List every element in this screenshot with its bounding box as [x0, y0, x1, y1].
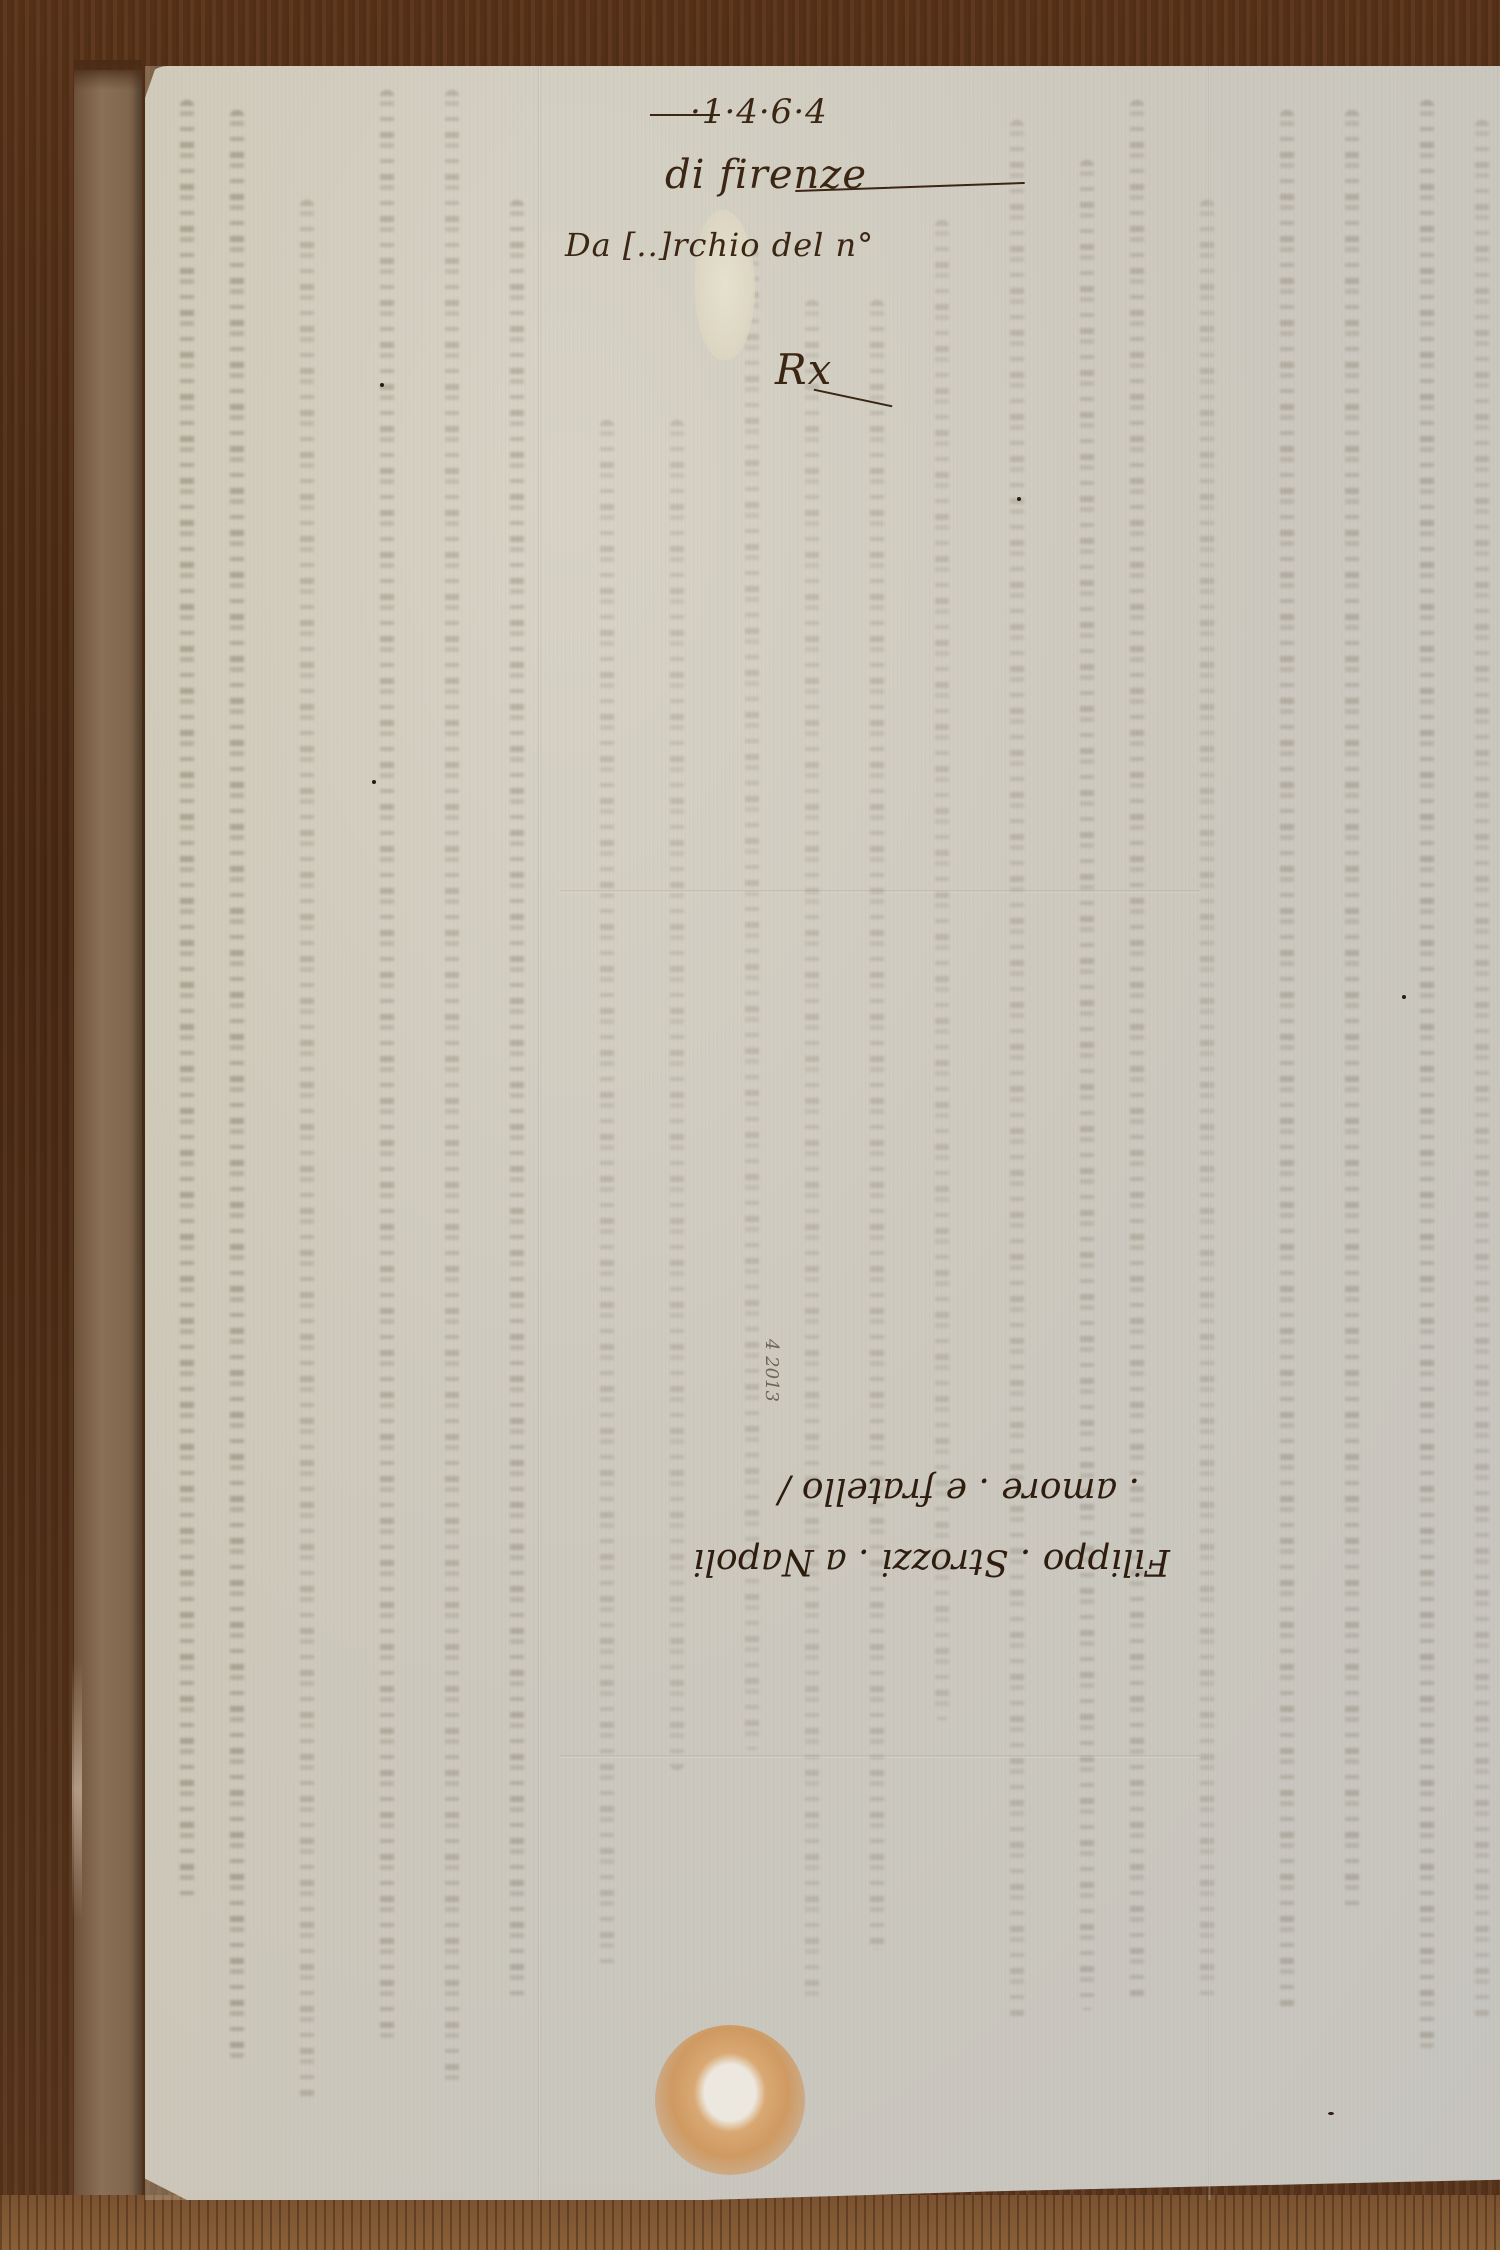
vertical-fold-line: [538, 66, 541, 2200]
address-line-salutation: . amore . e fratello /: [600, 1470, 1180, 1511]
docket-sender: Da [..]rchio del n°: [565, 226, 874, 264]
bleed-through-text-column: [600, 420, 614, 1970]
bleed-through-text-column: [1280, 110, 1294, 2010]
frame-glare: [72, 1660, 82, 1920]
ink-speck: [1328, 2112, 1334, 2115]
bleed-through-text-column: [510, 200, 524, 2000]
horizontal-fold-line: [560, 890, 1200, 893]
ink-speck: [1017, 497, 1021, 501]
address-line-recipient: Filippo . Strozzi . a Napoli: [600, 1541, 1180, 1582]
horizontal-fold-line: [560, 1755, 1200, 1758]
wooden-frame-bottom: [0, 2195, 1500, 2250]
docket-place: di firenze: [665, 152, 867, 198]
bleed-through-text-column: [1475, 120, 1489, 2020]
bleed-through-text-column: [1080, 160, 1094, 2010]
frame-mat-strip: [74, 70, 142, 2250]
bleed-through-text-column: [1200, 200, 1214, 2000]
bleed-through-text-column: [1345, 110, 1359, 1910]
bleed-through-text-column: [445, 90, 459, 2090]
docket-date: ·1·4·6·4: [690, 92, 828, 132]
bleed-through-text-column: [870, 300, 884, 1950]
bleed-through-text-column: [180, 100, 194, 1900]
address-block: Filippo . Strozzi . a Napoli . amore . e…: [600, 1470, 1180, 1582]
bleed-through-text-column: [1010, 120, 1024, 2020]
bleed-through-text-column: [300, 200, 314, 2100]
ink-speck: [1402, 995, 1406, 999]
ink-speck: [372, 780, 376, 784]
bleed-through-text-column: [1130, 100, 1144, 2000]
bleed-through-text-column: [805, 300, 819, 2000]
bleed-through-text-column: [230, 110, 244, 2060]
docket-mark: Rx: [775, 345, 832, 394]
ink-speck: [380, 383, 384, 387]
vertical-fold-line: [1208, 66, 1211, 2200]
bleed-through-text-column: [1420, 100, 1434, 2050]
faint-annotation: 4 2013: [761, 1339, 782, 1402]
wax-seal-remnant: [655, 2025, 805, 2175]
